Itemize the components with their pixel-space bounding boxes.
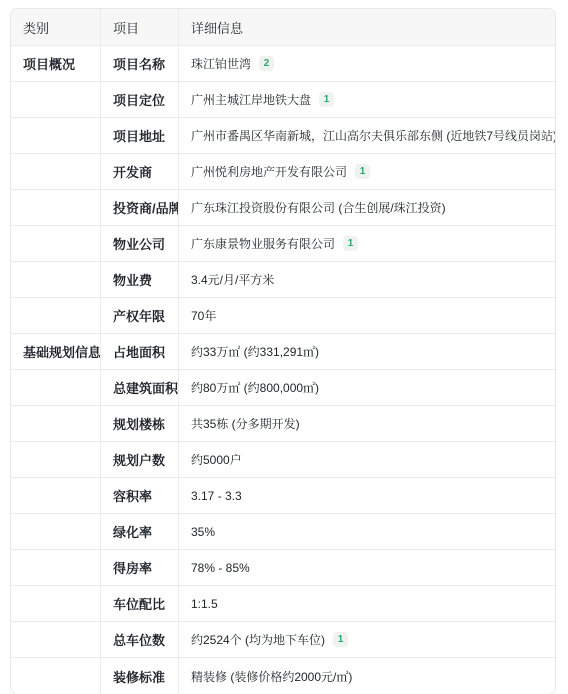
value-cell: 1:1.5 bbox=[179, 586, 555, 622]
value-text: 35% bbox=[191, 525, 215, 539]
item-cell: 规划户数 bbox=[101, 442, 179, 478]
item-cell: 项目定位 bbox=[101, 82, 179, 118]
category-cell bbox=[11, 442, 101, 478]
category-cell bbox=[11, 550, 101, 586]
category-cell bbox=[11, 82, 101, 118]
value-cell: 78% - 85% bbox=[179, 550, 555, 586]
value-text: 约2524个 (均为地下车位) bbox=[191, 633, 325, 647]
table-row: 总建筑面积约80万㎡ (约800,000㎡) bbox=[11, 370, 555, 406]
table-row: 项目概况项目名称珠江铂世湾2 bbox=[11, 46, 555, 82]
citation-badge[interactable]: 2 bbox=[259, 56, 274, 71]
table-row: 投资商/品牌广东珠江投资股份有限公司 (合生创展/珠江投资) bbox=[11, 190, 555, 226]
value-text: 珠江铂世湾 bbox=[191, 57, 251, 71]
header-row: 类别 项目 详细信息 bbox=[11, 9, 555, 46]
category-cell bbox=[11, 406, 101, 442]
value-text: 广东康景物业服务有限公司 bbox=[191, 237, 335, 251]
item-cell: 物业费 bbox=[101, 262, 179, 298]
value-cell: 约2524个 (均为地下车位)1 bbox=[179, 622, 555, 658]
value-text: 3.17 - 3.3 bbox=[191, 489, 242, 503]
category-cell bbox=[11, 622, 101, 658]
table-row: 产权年限70年 bbox=[11, 298, 555, 334]
value-cell: 广东康景物业服务有限公司1 bbox=[179, 226, 555, 262]
value-cell: 广州主城江岸地铁大盘1 bbox=[179, 82, 555, 118]
table-body: 项目概况项目名称珠江铂世湾2项目定位广州主城江岸地铁大盘1项目地址广州市番禺区华… bbox=[11, 46, 555, 694]
category-cell bbox=[11, 514, 101, 550]
header-item: 项目 bbox=[101, 9, 179, 46]
table-row: 总车位数约2524个 (均为地下车位)1 bbox=[11, 622, 555, 658]
table-row: 开发商广州悦利房地产开发有限公司1 bbox=[11, 154, 555, 190]
value-text: 精装修 (装修价格约2000元/㎡) bbox=[191, 670, 352, 684]
header-category: 类别 bbox=[11, 9, 101, 46]
item-cell: 容积率 bbox=[101, 478, 179, 514]
item-cell: 项目地址 bbox=[101, 118, 179, 154]
value-cell: 约80万㎡ (约800,000㎡) bbox=[179, 370, 555, 406]
table-row: 车位配比1:1.5 bbox=[11, 586, 555, 622]
item-cell: 开发商 bbox=[101, 154, 179, 190]
category-cell bbox=[11, 658, 101, 694]
value-cell: 约5000户 bbox=[179, 442, 555, 478]
item-cell: 装修标准 bbox=[101, 658, 179, 694]
category-cell bbox=[11, 298, 101, 334]
category-cell bbox=[11, 226, 101, 262]
item-cell: 车位配比 bbox=[101, 586, 179, 622]
item-cell: 绿化率 bbox=[101, 514, 179, 550]
value-text: 约33万㎡ (约331,291㎡) bbox=[191, 345, 319, 359]
table-row: 项目定位广州主城江岸地铁大盘1 bbox=[11, 82, 555, 118]
item-cell: 物业公司 bbox=[101, 226, 179, 262]
table-row: 基础规划信息占地面积约33万㎡ (约331,291㎡) bbox=[11, 334, 555, 370]
table-row: 装修标准精装修 (装修价格约2000元/㎡) bbox=[11, 658, 555, 694]
table-row: 物业费3.4元/月/平方米 bbox=[11, 262, 555, 298]
table-row: 得房率78% - 85% bbox=[11, 550, 555, 586]
category-cell: 基础规划信息 bbox=[11, 334, 101, 370]
value-cell: 共35栋 (分多期开发) bbox=[179, 406, 555, 442]
value-cell: 3.17 - 3.3 bbox=[179, 478, 555, 514]
value-cell: 精装修 (装修价格约2000元/㎡) bbox=[179, 658, 555, 694]
table-row: 容积率3.17 - 3.3 bbox=[11, 478, 555, 514]
table-row: 绿化率35% bbox=[11, 514, 555, 550]
item-cell: 规划楼栋 bbox=[101, 406, 179, 442]
value-cell: 35% bbox=[179, 514, 555, 550]
value-text: 广东珠江投资股份有限公司 (合生创展/珠江投资) bbox=[191, 201, 446, 215]
table-row: 规划楼栋共35栋 (分多期开发) bbox=[11, 406, 555, 442]
value-cell: 广州市番禺区华南新城，江山高尔夫俱乐部东侧 (近地铁7号线员岗站) bbox=[179, 118, 555, 154]
category-cell bbox=[11, 478, 101, 514]
value-cell: 3.4元/月/平方米 bbox=[179, 262, 555, 298]
value-text: 约80万㎡ (约800,000㎡) bbox=[191, 381, 319, 395]
category-cell: 项目概况 bbox=[11, 46, 101, 82]
category-cell bbox=[11, 190, 101, 226]
value-text: 70年 bbox=[191, 309, 216, 323]
value-text: 1:1.5 bbox=[191, 597, 218, 611]
project-info-table: 类别 项目 详细信息 项目概况项目名称珠江铂世湾2项目定位广州主城江岸地铁大盘1… bbox=[10, 8, 556, 694]
category-cell bbox=[11, 118, 101, 154]
value-cell: 约33万㎡ (约331,291㎡) bbox=[179, 334, 555, 370]
value-cell: 广东珠江投资股份有限公司 (合生创展/珠江投资) bbox=[179, 190, 555, 226]
table-row: 规划户数约5000户 bbox=[11, 442, 555, 478]
value-text: 共35栋 (分多期开发) bbox=[191, 417, 300, 431]
table-row: 物业公司广东康景物业服务有限公司1 bbox=[11, 226, 555, 262]
value-text: 78% - 85% bbox=[191, 561, 250, 575]
category-cell bbox=[11, 370, 101, 406]
citation-badge[interactable]: 1 bbox=[319, 92, 334, 107]
value-cell: 广州悦利房地产开发有限公司1 bbox=[179, 154, 555, 190]
item-cell: 项目名称 bbox=[101, 46, 179, 82]
category-cell bbox=[11, 154, 101, 190]
value-cell: 70年 bbox=[179, 298, 555, 334]
item-cell: 投资商/品牌 bbox=[101, 190, 179, 226]
table-row: 项目地址广州市番禺区华南新城，江山高尔夫俱乐部东侧 (近地铁7号线员岗站) bbox=[11, 118, 555, 154]
item-cell: 占地面积 bbox=[101, 334, 179, 370]
item-cell: 得房率 bbox=[101, 550, 179, 586]
value-text: 广州主城江岸地铁大盘 bbox=[191, 93, 311, 107]
item-cell: 产权年限 bbox=[101, 298, 179, 334]
citation-badge[interactable]: 1 bbox=[333, 632, 348, 647]
item-cell: 总建筑面积 bbox=[101, 370, 179, 406]
value-text: 3.4元/月/平方米 bbox=[191, 273, 274, 287]
category-cell bbox=[11, 262, 101, 298]
value-cell: 珠江铂世湾2 bbox=[179, 46, 555, 82]
value-text: 广州悦利房地产开发有限公司 bbox=[191, 165, 347, 179]
item-cell: 总车位数 bbox=[101, 622, 179, 658]
citation-badge[interactable]: 1 bbox=[355, 164, 370, 179]
category-cell bbox=[11, 586, 101, 622]
page: 类别 项目 详细信息 项目概况项目名称珠江铂世湾2项目定位广州主城江岸地铁大盘1… bbox=[0, 0, 568, 694]
value-text: 广州市番禺区华南新城，江山高尔夫俱乐部东侧 (近地铁7号线员岗站) bbox=[191, 129, 555, 143]
header-detail: 详细信息 bbox=[179, 9, 555, 46]
value-text: 约5000户 bbox=[191, 453, 242, 467]
citation-badge[interactable]: 1 bbox=[343, 236, 358, 251]
